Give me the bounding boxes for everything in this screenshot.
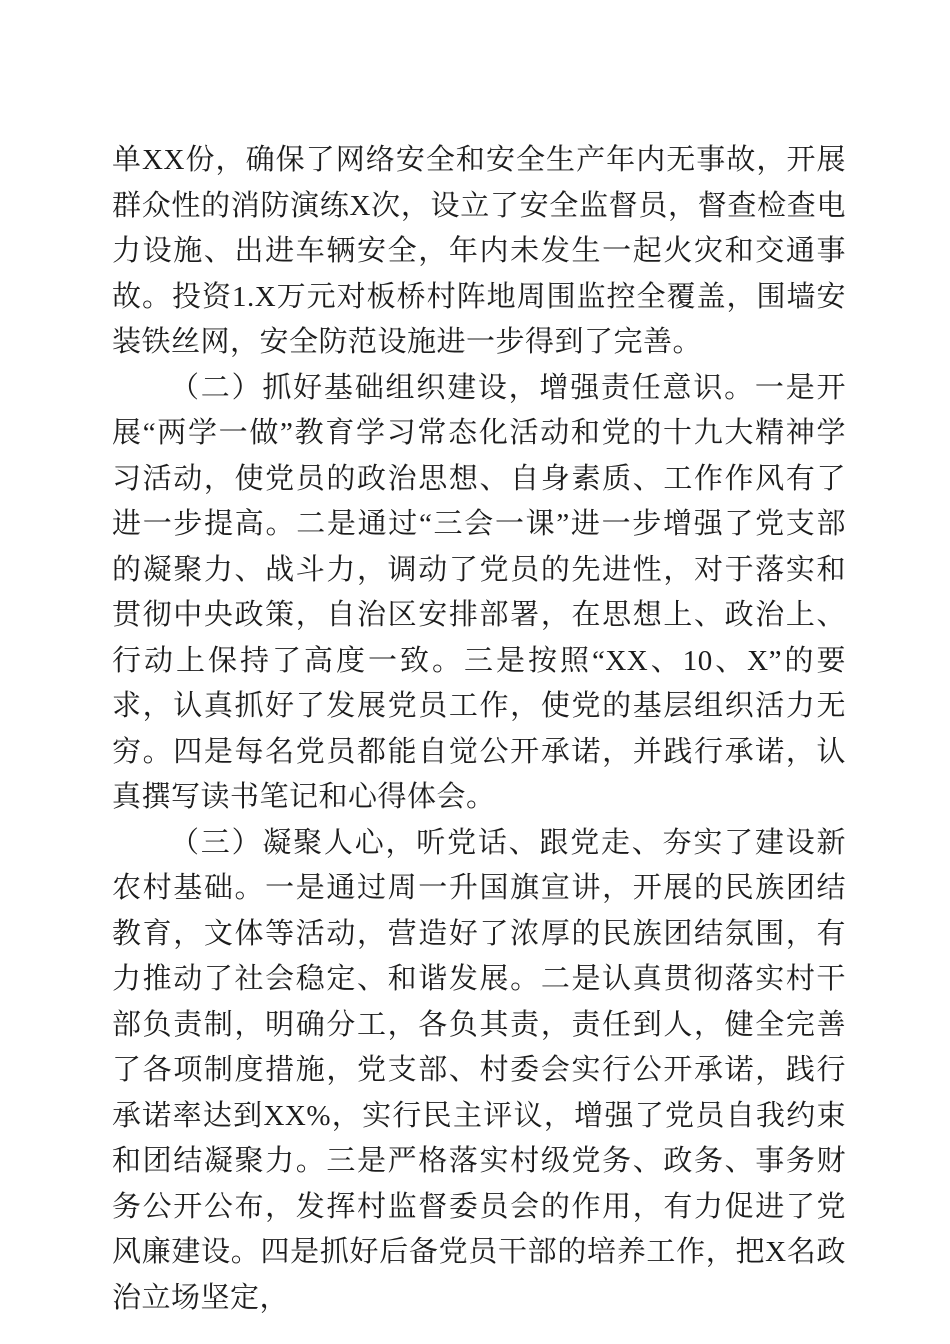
- document-text-block: 单XX份，确保了网络安全和安全生产年内无事故，开展群众性的消防演练X次，设立了安…: [112, 138, 846, 1321]
- paragraph-section-3: （三）凝聚人心，听党话、跟党走、夯实了建设新农村基础。一是通过周一升国旗宣讲，开…: [112, 821, 846, 1322]
- paragraph-continuation: 单XX份，确保了网络安全和安全生产年内无事故，开展群众性的消防演练X次，设立了安…: [112, 138, 846, 366]
- paragraph-section-2: （二）抓好基础组织建设，增强责任意识。一是开展“两学一做”教育学习常态化活动和党…: [112, 366, 846, 821]
- document-page: 单XX份，确保了网络安全和安全生产年内无事故，开展群众性的消防演练X次，设立了安…: [0, 0, 950, 1344]
